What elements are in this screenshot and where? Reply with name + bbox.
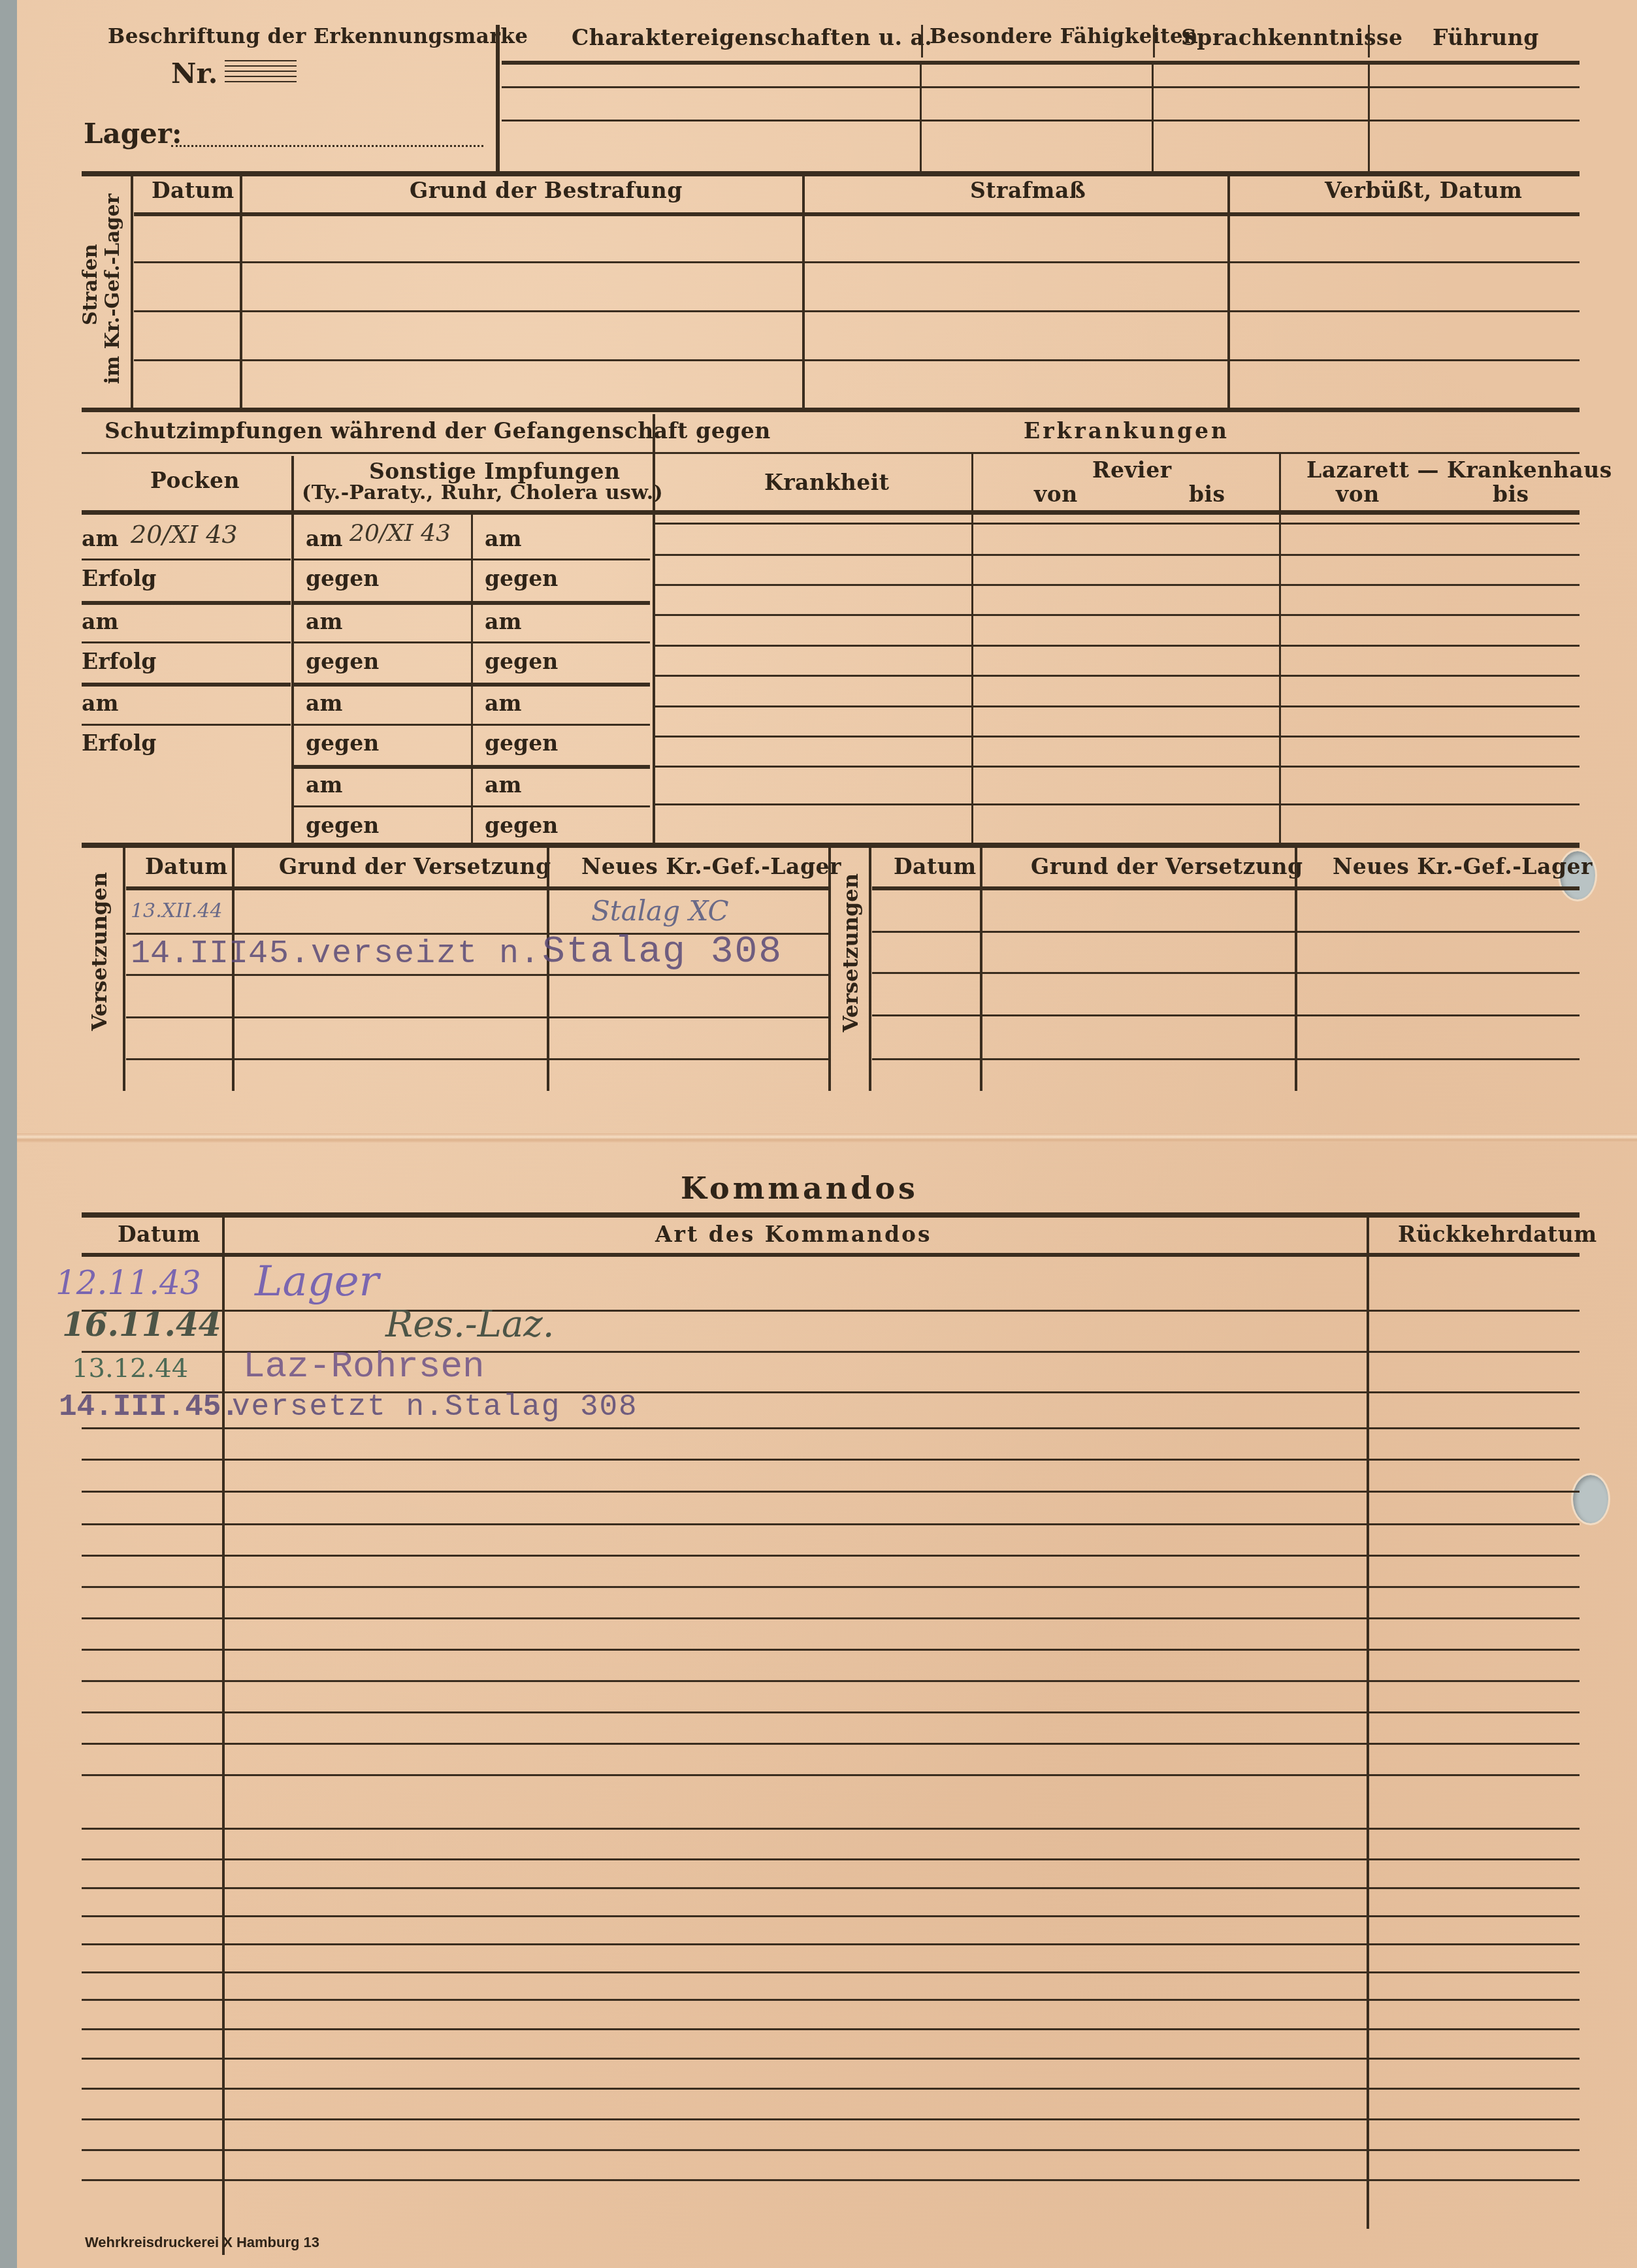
strafen-col-strafmass: Strafmaß: [970, 178, 1086, 203]
pocken-am-1: am: [82, 526, 118, 551]
kommando-4-datum-stamp: 14.III.45.: [59, 1390, 239, 1424]
sonstige-am-4b: am: [485, 772, 521, 798]
impfungen-title: Schutzimpfungen während der Gefangenscha…: [105, 418, 771, 444]
punch-hole-icon: [1571, 1473, 1610, 1525]
kommando-3-datum: 13.12.44: [72, 1353, 188, 1384]
impfungen-col-pocken: Pocken: [150, 468, 240, 493]
erkrankungen-title: Erkrankungen: [1024, 418, 1229, 444]
kommando-2-art: Res.-Laz.: [385, 1303, 555, 1346]
sonstige-am-1b: am: [485, 526, 521, 551]
kommandos-col-datum: Datum: [118, 1222, 201, 1247]
versetzung-col-lager: Neues Kr.-Gef.-Lager: [581, 854, 841, 879]
sonstige-am-4a: am: [306, 772, 342, 798]
sonstige-gegen-2a: gegen: [306, 649, 379, 674]
revier-bis: bis: [1189, 481, 1225, 507]
versetzung-col-datum: Datum: [145, 854, 228, 879]
lazarett-bis: bis: [1493, 481, 1529, 507]
impfungen-col-sonstige: Sonstige Impfungen: [369, 459, 620, 484]
scan-background-edge: [0, 0, 17, 2268]
pocken-erfolg-2: Erfolg: [82, 649, 156, 674]
sonstige-date-handwritten: 20/XI 43: [349, 520, 451, 547]
kommando-3-art-stamp: Laz-Rohrsen: [243, 1346, 485, 1387]
col-fuehrung: Führung: [1433, 25, 1539, 50]
kommandos-title: Kommandos: [681, 1171, 918, 1206]
nr-label: Nr.: [171, 57, 218, 89]
strafen-col-grund: Grund der Bestrafung: [410, 178, 683, 203]
kommandos-col-rueckkehr: Rückkehrdatum: [1398, 1222, 1597, 1247]
kommando-2-datum: 16.11.44: [62, 1305, 221, 1344]
strafen-col-verbuesst: Verbüßt, Datum: [1325, 178, 1522, 203]
erkrankungen-col-revier: Revier: [1092, 457, 1172, 483]
sonstige-gegen-3a: gegen: [306, 730, 379, 756]
versetzung-1-datum: 13.XII.44: [131, 899, 222, 922]
sonstige-gegen-4a: gegen: [306, 813, 379, 838]
paper-fold-crease: [17, 1133, 1637, 1142]
pocken-date-handwritten: 20/XI 43: [131, 520, 238, 549]
versetzung-2-lager-stamp: Stalag 308: [542, 931, 783, 973]
versetzungen-side-label: Versetzungen: [87, 872, 112, 1031]
sonstige-gegen-2b: gegen: [485, 649, 558, 674]
versetzungen-side-label-right: Versetzungen: [838, 873, 863, 1032]
sonstige-am-3b: am: [485, 690, 521, 716]
strafen-col-datum: Datum: [152, 178, 235, 203]
versetzung-1-lager: Stalag XC: [591, 895, 729, 927]
sonstige-am-2b: am: [485, 609, 521, 634]
sonstige-am-2a: am: [306, 609, 342, 634]
versetzung-right-col-grund: Grund der Versetzung: [1031, 854, 1303, 879]
kommando-1-art: Lager: [255, 1257, 379, 1306]
lazarett-von: von: [1336, 481, 1380, 507]
sonstige-gegen-3b: gegen: [485, 730, 558, 756]
col-besondere-faehigkeiten: Besondere Fähigkeiten: [930, 25, 1198, 48]
revier-von: von: [1034, 481, 1078, 507]
sonstige-gegen-1a: gegen: [306, 566, 379, 591]
sonstige-am-3a: am: [306, 690, 342, 716]
lager-field[interactable]: [171, 145, 483, 147]
versetzung-right-col-lager: Neues Kr.-Gef.-Lager: [1333, 854, 1593, 879]
sonstige-gegen-4b: gegen: [485, 813, 558, 838]
sonstige-am-1a: am: [306, 526, 342, 551]
impfungen-col-sonstige-sub: (Ty.-Paraty., Ruhr, Cholera usw.): [302, 481, 663, 504]
kommando-1-datum: 12.11.43: [56, 1264, 201, 1302]
versetzung-right-col-datum: Datum: [894, 854, 977, 879]
col-charaktereigenschaften: Charaktereigenschaften u. a.: [572, 25, 932, 50]
erkrankungen-col-krankheit: Krankheit: [764, 470, 890, 495]
versetzung-2-grund-stamp: 45.verseizt n.: [248, 935, 541, 973]
pocken-am-3: am: [82, 690, 118, 716]
pocken-erfolg-3: Erfolg: [82, 730, 156, 756]
versetzung-2-datum-stamp: 14.III: [131, 935, 248, 973]
strafen-side-label: Strafen im Kr.-Gef.-Lager: [80, 194, 124, 384]
erkrankungen-col-lazarett: Lazarett — Krankenhaus: [1306, 457, 1612, 483]
pocken-erfolg-1: Erfolg: [82, 566, 156, 591]
kommando-4-art-stamp: versetzt n.Stalag 308: [232, 1390, 638, 1424]
printer-imprint: Wehrkreisdruckerei X Hamburg 13: [85, 2234, 319, 2251]
pocken-am-2: am: [82, 609, 118, 634]
sonstige-gegen-1b: gegen: [485, 566, 558, 591]
erkennungsmarke-title: Beschriftung der Erkennungsmarke: [108, 25, 528, 48]
versetzung-col-grund: Grund der Versetzung: [279, 854, 551, 879]
lager-label: Lager:: [84, 118, 182, 150]
kommandos-col-art: Art des Kommandos: [655, 1222, 932, 1247]
